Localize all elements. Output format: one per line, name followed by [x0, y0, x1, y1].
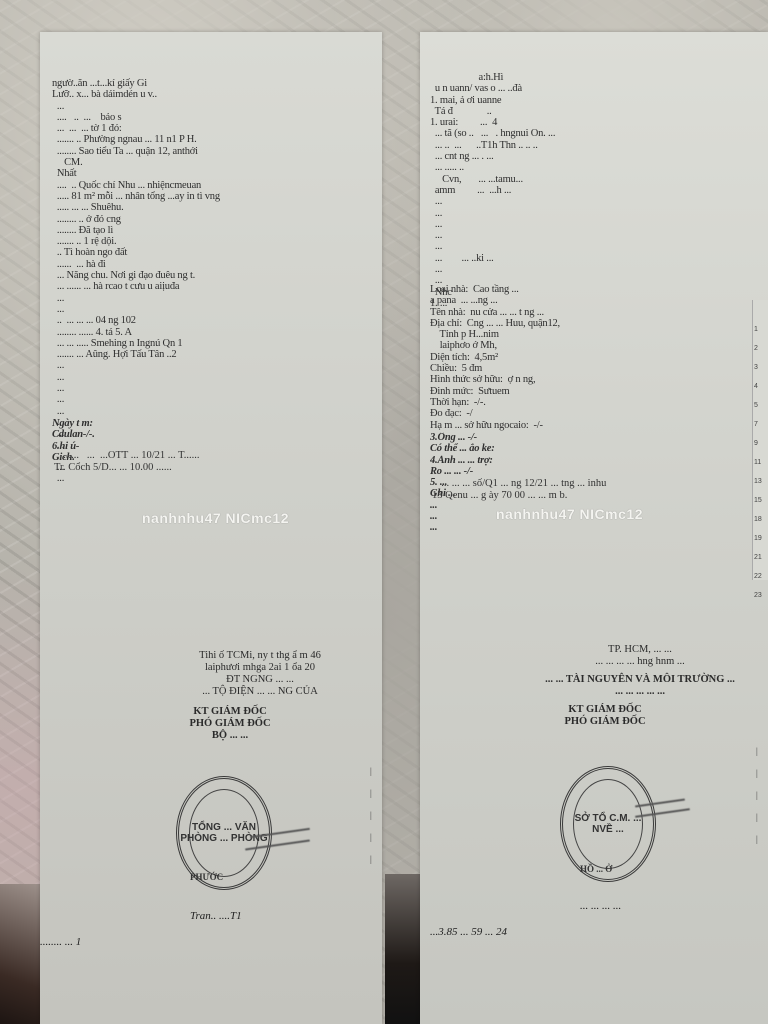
left-signature-block: Tihi ố TCMi, ny t thg ẩ m 46 laiphươi mh…	[150, 650, 370, 742]
document-line: ...	[430, 208, 555, 219]
document-field: Tỉnh p H...nim	[430, 329, 560, 340]
left-sig-title-3: BỘ ... ...	[90, 730, 370, 742]
document-line: u n uann/ vas o ... ..đà	[430, 83, 555, 94]
document-line: ........ Sao tiểu Ta ... quận 12, anthới	[52, 146, 220, 157]
document-field: Đinh mức: Sưtuem	[430, 386, 560, 397]
document-line: ...	[52, 304, 220, 315]
document-line: ...	[52, 383, 220, 394]
side-sheet-number: 3	[754, 358, 762, 377]
document-line: ...	[430, 230, 555, 241]
document-line: ....... ... Aûng. Hợi Tấu Tân ..2	[52, 349, 220, 360]
document-line: ... Năng chu. Nơi gi đạo đuêu ng t.	[52, 270, 220, 281]
document-line: .... .. ... bảo s	[52, 112, 220, 123]
left-sig-title-2: PHÓ GIÁM ĐỐC	[90, 718, 370, 730]
document-note-line: Có thể ... ắo ke:	[430, 443, 495, 454]
document-line: 1. urai: ... 4	[430, 117, 555, 128]
side-sheet-number: 23	[754, 586, 762, 605]
document-field: laiphơo ớ Mh,	[430, 340, 560, 351]
right-document-body: a:h.Hì u n uann/ vas o ... ..đà1. mai, ả…	[430, 72, 555, 309]
document-field: Chiều: 5 đm	[430, 363, 560, 374]
right-handwritten-name: ... ... ... ...	[580, 900, 621, 912]
right-document-fields: Loại nhà: Cao tầng ...a pana ... ...ng .…	[430, 284, 560, 431]
document-line: ... ..... ..	[430, 162, 555, 173]
right-signature-block: TP. HCM, ... ... ... ... ... ... hng hnm…	[520, 644, 760, 728]
document-line: ...	[52, 406, 220, 417]
side-sheet-number: 9	[754, 434, 762, 453]
document-note-line: Cdulan-/-.	[52, 429, 95, 440]
document-line: ...	[52, 101, 220, 112]
document-field: Thời hạn: -/-.	[430, 397, 560, 408]
side-sheet-number: 7	[754, 415, 762, 434]
document-line: .... .. Quốc chí Nhu ... nhiệncmeuan	[52, 180, 220, 191]
background-dark-gap	[385, 874, 425, 1024]
side-sheet-number: 2	[754, 339, 762, 358]
right-sig-title-1: ... ... TÀI NGUYÊN VÀ MÔI TRƯỜNG ...	[520, 674, 760, 686]
document-line: .. Tì hoàn ngo đất	[52, 247, 220, 258]
left-edge-marks: |||||	[370, 760, 372, 870]
document-field: Đo đạc: -/	[430, 408, 560, 419]
document-line: a:h.Hì	[430, 72, 555, 83]
document-line: ...	[52, 394, 220, 405]
left-stamp-ring-text: PHƯỚC	[190, 872, 223, 882]
document-field: Loại nhà: Cao tầng ...	[430, 284, 560, 295]
document-line: ...	[52, 372, 220, 383]
left-sig-line-4: ... TỘ ĐIỆN ... ... NG CỦA	[150, 686, 370, 698]
document-line: ...	[52, 360, 220, 371]
document-field: Hạ m ... sở hữu ngocaio: -/-	[430, 420, 560, 431]
document-line: Nhất	[52, 168, 220, 179]
document-line: Lưỡ.. x... bà dáimdén u v..	[52, 89, 220, 100]
left-footer-line-1: ...... ... ...OTT ... 10/21 ... T......	[58, 450, 199, 461]
document-line: ...... ... hà đi	[52, 259, 220, 270]
left-watermark: nanhnhu47 NICmc12	[142, 510, 289, 526]
document-line: ...	[52, 293, 220, 304]
document-field: Tên nhà: nu cửa ... ... t ng ...	[430, 307, 560, 318]
right-sig-title-2: ... ... ... ... ...	[520, 686, 760, 698]
document-line: ... ... ... tờ 1 đó:	[52, 123, 220, 134]
side-sheet-number: 18	[754, 510, 762, 529]
right-footer-line-2: 13 Qenu ... g ày 70 00 ... ... m b.	[432, 490, 567, 501]
document-line: ....... .. 1 rệ dội.	[52, 236, 220, 247]
document-line: ... ... ..ki ...	[430, 253, 555, 264]
document-line: ........ .. ở đó cng	[52, 214, 220, 225]
right-watermark: nanhnhu47 NICmc12	[496, 506, 643, 522]
document-line: ...	[430, 219, 555, 230]
document-note-line: Ngày t m:	[52, 418, 95, 429]
side-sheet-number: 4	[754, 377, 762, 396]
right-footer-line-1: ... ... ... số/Q1 ... ng 12/21 ... tng .…	[436, 478, 606, 489]
document-line: ... tã (so .. ... . hngnui On. ...	[430, 128, 555, 139]
document-line: 1. mai, ả ơi uanne	[430, 95, 555, 106]
left-sig-line-1: Tihi ố TCMi, ny t thg ẩ m 46	[150, 650, 370, 662]
side-sheet-number: 11	[754, 453, 762, 472]
document-line: ........ ...... 4. tá 5. A	[52, 327, 220, 338]
left-document-page: ngườ..ăn ...t...kí giấy GiLưỡ.. x... bà …	[40, 32, 382, 1024]
document-line: ... ... ..... Smehing n Ingnú Qn 1	[52, 338, 220, 349]
document-line: ... cnt ng ... . ...	[430, 151, 555, 162]
left-handwritten-name: Tran.. ....T1	[190, 910, 242, 922]
left-bottom-note: ........ ... 1	[40, 936, 81, 948]
left-sig-line-2: laiphươi mhga 2ai 1 ổa 20	[150, 662, 370, 674]
document-line: ..... 81 m² mỗi ... nhân tổng ...ay in t…	[52, 191, 220, 202]
side-sheet-number: 15	[754, 491, 762, 510]
document-field: Địa chỉ: Cng ... ... Huu, quận12,	[430, 318, 560, 329]
right-document-page: a:h.Hì u n uann/ vas o ... ..đà1. mai, ả…	[420, 32, 768, 1024]
document-line: ... .. ... ..T1h Thn .. .. ..	[430, 140, 555, 151]
right-sig-title-4: PHÓ GIÁM ĐỐC	[450, 716, 760, 728]
document-line: ...	[52, 473, 220, 484]
right-stamp-ring-text: HỒ ... Ở	[580, 864, 612, 874]
document-line: ... ...... ... hà rcao t cưu u aiịuđa	[52, 281, 220, 292]
document-line: Cvn, ... ...tamu...	[430, 174, 555, 185]
side-sheet-numbers: 12345791113151819212223	[754, 320, 762, 605]
document-note-line: ...	[430, 511, 495, 522]
document-note-line: Ro ... ... -/-	[430, 466, 495, 477]
left-sig-title-1: KT GIÁM ĐỐC	[90, 706, 370, 718]
document-line: ....... .. Phường ngnau ... 11 n1 P H.	[52, 134, 220, 145]
document-note-line: ...	[430, 522, 495, 533]
right-sig-line-2: ... ... ... ... hng hnm ...	[520, 656, 760, 668]
document-line: amm ... ...h ...	[430, 185, 555, 196]
document-note-line: 3.Ông ... -/-	[430, 432, 495, 443]
document-line: ...	[430, 241, 555, 252]
left-sig-line-3: ĐT NGNG ... ...	[150, 674, 370, 686]
document-line: ..... ... ... Shuêhu.	[52, 202, 220, 213]
document-line: ........ Đã tạo lì	[52, 225, 220, 236]
document-line: ...	[430, 196, 555, 207]
side-sheet-number: 19	[754, 529, 762, 548]
document-line: Tá đ ..	[430, 106, 555, 117]
right-sig-line-1: TP. HCM, ... ...	[520, 644, 760, 656]
document-line: ...	[430, 264, 555, 275]
right-sig-title-3: KT GIÁM ĐỐC	[450, 704, 760, 716]
side-sheet-number: 1	[754, 320, 762, 339]
document-line: ngườ..ăn ...t...kí giấy Gi	[52, 78, 220, 89]
side-sheet-number: 13	[754, 472, 762, 491]
left-footer-line-2: Tr. Cổch 5/D... ... 10.00 ......	[54, 462, 172, 473]
document-field: Diện tích: 4,5m²	[430, 352, 560, 363]
document-line: .. ... ... ... 04 ng 102	[52, 315, 220, 326]
right-bottom-note: ...3.85 ... 59 ... 24	[430, 926, 507, 938]
side-sheet-number: 5	[754, 396, 762, 415]
document-note-line: 4.Ảnh ... ... trợ:	[430, 455, 495, 466]
side-sheet-number: 22	[754, 567, 762, 586]
right-edge-marks: |||||	[756, 740, 758, 850]
left-stamp-text: TỔNG ... VĂN PHÒNG ... PHÒNG	[179, 822, 269, 844]
document-note-line: ...	[430, 500, 495, 511]
side-sheet-number: 21	[754, 548, 762, 567]
document-field: a pana ... ...ng ...	[430, 295, 560, 306]
document-field: Hình thức sở hữu: ợ n ng,	[430, 374, 560, 385]
document-line: CM.	[52, 157, 220, 168]
